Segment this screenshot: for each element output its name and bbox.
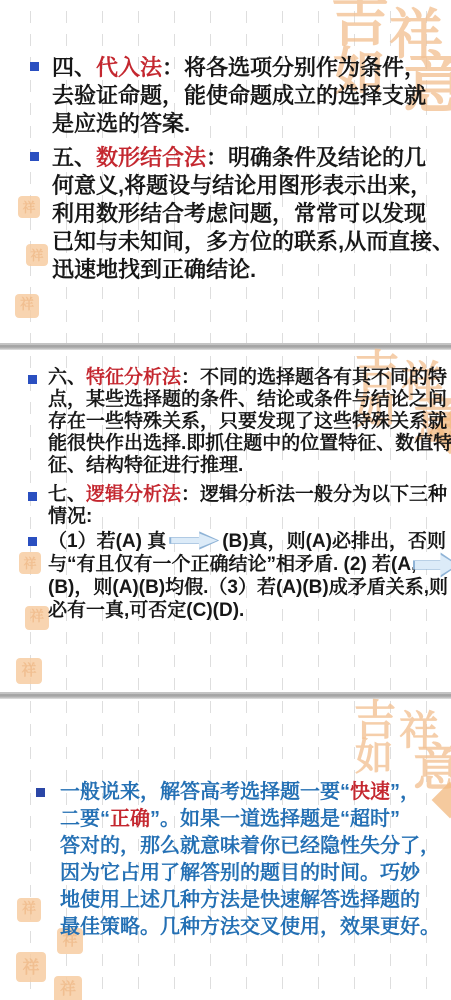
slide-summary: 吉 祥 如 意 一般说来，解答高考选择题一要“快速”，二要“正确”。如果一道选择… <box>0 699 451 1000</box>
seal-char-icon: 如 <box>355 739 393 777</box>
bullet-summary-advice: 一般说来，解答高考选择题一要“快速”，二要“正确”。如果一道选择题是“超时”答对… <box>0 779 451 941</box>
bullet-text: （1）若(A) 真(B)真，则(A)必排出，否则与“有且仅有一个正确结论”相矛盾… <box>48 530 451 622</box>
bullet-text: 四、代入法：将各选项分别作为条件，去验证命题，能使命题成立的选择支就是应选的答案… <box>52 54 451 138</box>
slide-divider <box>0 692 451 699</box>
seal-char-icon: 祥 <box>399 711 439 751</box>
block-arrow-right-icon <box>169 531 219 550</box>
bullet-marker-icon <box>30 144 52 161</box>
slide-methods-6-7: 吉 祥 如 意 六、特征分析法：不同的选择题各有其不同的特点，某些选择题的条件、… <box>0 350 451 692</box>
bullet-text: 五、数形结合法：明确条件及结论的几何意义,将题设与结论用图形表示出来，利用数形结… <box>52 144 451 284</box>
bullet-marker-icon <box>28 530 48 546</box>
slide-methods-4-5: 吉 祥 如 意 四、代入法：将各选项分别作为条件，去验证命题，能使命题成立的选择… <box>0 0 451 343</box>
bullet-feature-analysis-method: 六、特征分析法：不同的选择题各有其不同的特点，某些选择题的条件、结论或条件与结论… <box>0 367 451 477</box>
bullet-logical-cases: （1）若(A) 真(B)真，则(A)必排出，否则与“有且仅有一个正确结论”相矛盾… <box>0 530 451 622</box>
seal-char-icon: 吉 <box>354 701 396 743</box>
bullet-marker-icon <box>36 779 60 797</box>
bullet-substitution-method: 四、代入法：将各选项分别作为条件，去验证命题，能使命题成立的选择支就是应选的答案… <box>0 54 451 138</box>
bullet-text: 七、逻辑分析法：逻辑分析法一般分为以下三种情况: <box>48 484 451 528</box>
seal-char-icon: 吉 <box>331 0 389 50</box>
bullet-number-shape-method: 五、数形结合法：明确条件及结论的几何意义,将题设与结论用图形表示出来，利用数形结… <box>0 144 451 284</box>
bullet-logical-analysis-method: 七、逻辑分析法：逻辑分析法一般分为以下三种情况: <box>0 484 451 528</box>
bullet-text: 一般说来，解答高考选择题一要“快速”，二要“正确”。如果一道选择题是“超时”答对… <box>60 779 451 941</box>
bullet-marker-icon <box>28 484 48 501</box>
bullet-marker-icon <box>28 367 48 384</box>
bullet-marker-icon <box>30 54 52 71</box>
bullet-text: 六、特征分析法：不同的选择题各有其不同的特点，某些选择题的条件、结论或条件与结论… <box>48 367 451 477</box>
slide-divider <box>0 343 451 350</box>
